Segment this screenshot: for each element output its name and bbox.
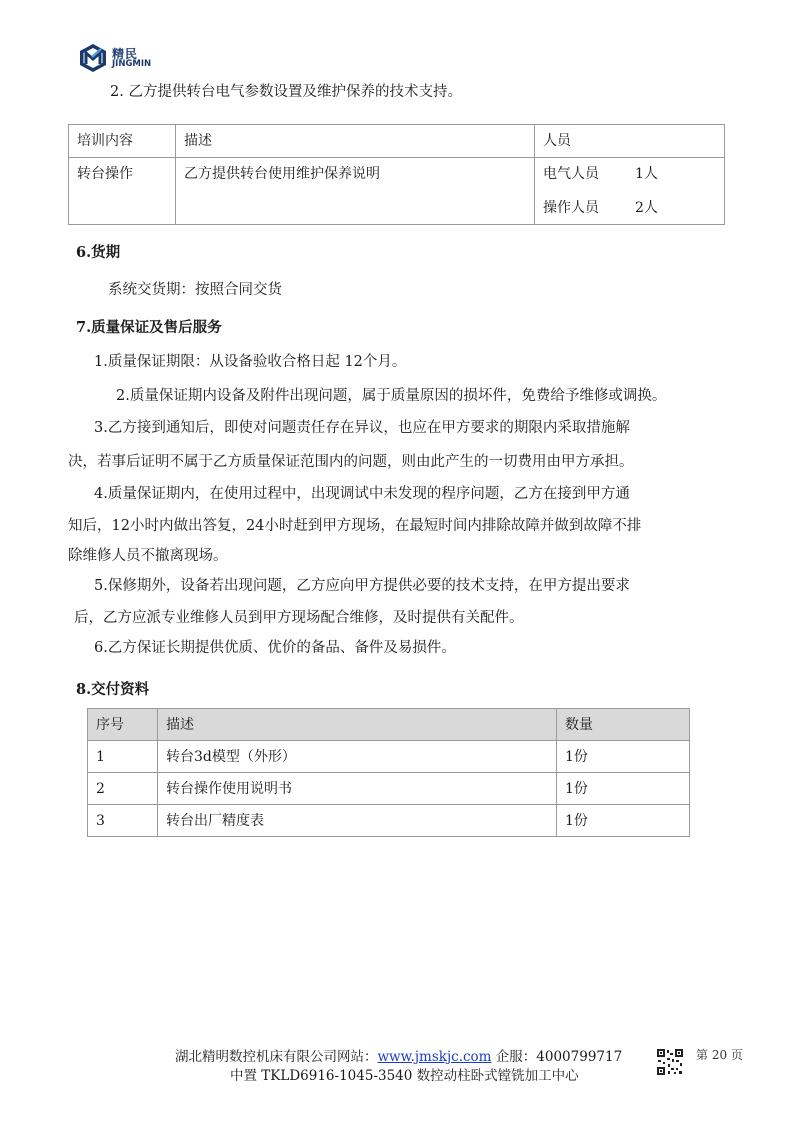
row-number-cell: 2 [88, 773, 158, 805]
footer-company-name: 湖北精明数控机床有限公司网站： [175, 1049, 378, 1065]
warranty-item-4-line1: 4.质量保证期内，在使用过程中，出现调试中未发现的程序问题，乙方在接到甲方通 [94, 484, 630, 504]
table-header-row: 序号 描述 数量 [88, 709, 690, 741]
row-quantity-cell: 1份 [557, 805, 690, 837]
row-description-cell: 转台出厂精度表 [158, 805, 557, 837]
personnel-count: 2人 [635, 198, 658, 218]
header-cell: 培训内容 [69, 125, 176, 158]
warranty-item-1: 1.质量保证期限：从设备验收合格日起 12个月。 [94, 352, 406, 372]
footer-service-phone: 企服：4000799717 [496, 1049, 622, 1065]
company-logo: 精民 JINGMIN [78, 43, 178, 73]
table-row: 3 转台出厂精度表 1份 [88, 805, 690, 837]
training-description-cell: 乙方提供转台使用维护保养说明 [176, 158, 535, 225]
row-description-cell: 转台3d模型（外形） [158, 741, 557, 773]
jingmin-logo-icon [78, 43, 108, 73]
header-cell: 人员 [535, 125, 725, 158]
personnel-item: 电气人员 1人 [543, 164, 716, 184]
warranty-item-3-line1: 3.乙方接到通知后，即使对问题责任存在异议，也应在甲方要求的期限内采取措施解 [94, 418, 630, 438]
personnel-cell: 电气人员 1人 操作人员 2人 [535, 158, 725, 225]
page-number: 第 20 页 [696, 1046, 743, 1063]
warranty-item-5-line2: 后，乙方应派专业维修人员到甲方现场配合维修，及时提供有关配件。 [74, 608, 524, 628]
row-description-cell: 转台操作使用说明书 [158, 773, 557, 805]
logo-text-en: JINGMIN [112, 59, 151, 69]
section-6-title: 6.货期 [76, 243, 120, 263]
personnel-role: 操作人员 [543, 198, 635, 218]
row-quantity-cell: 1份 [557, 773, 690, 805]
training-content-cell: 转台操作 [69, 158, 176, 225]
personnel-role: 电气人员 [543, 164, 635, 184]
section-6-body: 系统交货期：按照合同交货 [108, 280, 282, 300]
row-quantity-cell: 1份 [557, 741, 690, 773]
header-cell: 数量 [557, 709, 690, 741]
header-cell: 描述 [176, 125, 535, 158]
table-row: 转台操作 乙方提供转台使用维护保养说明 电气人员 1人 操作人员 2人 [69, 158, 725, 225]
table-row: 1 转台3d模型（外形） 1份 [88, 741, 690, 773]
warranty-item-4-line2: 知后，12小时内做出答复，24小时赶到甲方现场，在最短时间内排除故障并做到故障不… [68, 516, 641, 536]
section-7-title: 7.质量保证及售后服务 [76, 318, 222, 338]
header-cell: 描述 [158, 709, 557, 741]
footer-website-link[interactable]: www.jmskjc.com [378, 1049, 492, 1065]
personnel-count: 1人 [635, 164, 658, 184]
warranty-item-3-line2: 决，若事后证明不属于乙方质量保证范围内的问题，则由此产生的一切费用由甲方承担。 [68, 452, 634, 472]
warranty-item-4-line3: 除维修人员不撤离现场。 [68, 546, 228, 566]
personnel-item: 操作人员 2人 [543, 198, 716, 218]
training-table: 培训内容 描述 人员 转台操作 乙方提供转台使用维护保养说明 电气人员 1人 操… [68, 124, 725, 225]
warranty-item-5-line1: 5.保修期外，设备若出现问题，乙方应向甲方提供必要的技术支持，在甲方提出要求 [94, 576, 630, 596]
intro-item: 2. 乙方提供转台电气参数设置及维护保养的技术支持。 [110, 82, 462, 102]
row-number-cell: 3 [88, 805, 158, 837]
section-8-title: 8.交付资料 [76, 680, 149, 700]
warranty-item-2: 2.质量保证期内设备及附件出现问题，属于质量原因的损坏件，免费给予维修或调换。 [116, 386, 666, 406]
row-number-cell: 1 [88, 741, 158, 773]
header-cell: 序号 [88, 709, 158, 741]
qr-code-icon [656, 1048, 684, 1076]
table-header-row: 培训内容 描述 人员 [69, 125, 725, 158]
deliverables-table: 序号 描述 数量 1 转台3d模型（外形） 1份 2 转台操作使用说明书 1份 … [87, 708, 690, 837]
warranty-item-6: 6.乙方保证长期提供优质、优价的备品、备件及易损件。 [94, 638, 456, 658]
footer-product-line: 中置 TKLD6916-1045-3540 数控动柱卧式镗铣加工中心 [230, 1064, 579, 1084]
table-row: 2 转台操作使用说明书 1份 [88, 773, 690, 805]
footer-company-line: 湖北精明数控机床有限公司网站：www.jmskjc.com 企服：4000799… [175, 1045, 622, 1065]
